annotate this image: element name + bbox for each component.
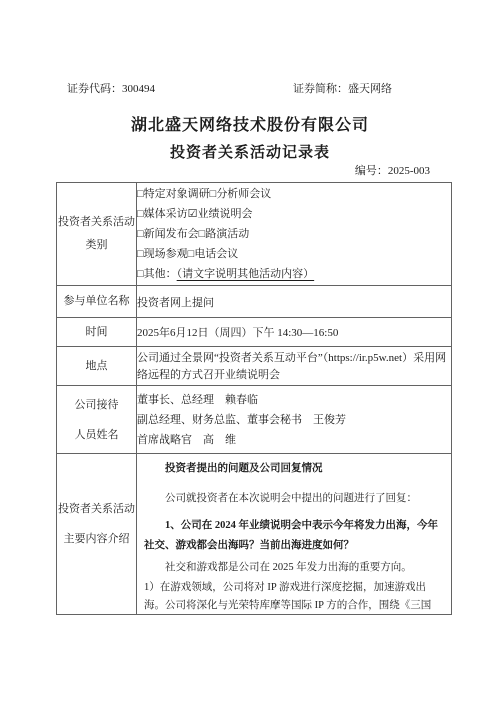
record-table: 投资者关系活动 类别 □特定对象调研□分析师会议 □媒体采访☑业绩说明会 □新闻… [56,182,452,615]
activity-option-row: □新闻发布会□路演活动 [137,224,451,244]
activity-option-label: 现场参观 [144,248,188,260]
reception-person: 副总经理、财务总监、董事会秘书 王俊芳 [137,410,451,430]
table-row-main-content: 投资者关系活动 主要内容介绍 投资者提出的问题及公司回复情况 公司就投资者在本次… [57,454,452,615]
checkbox-checked-icon: ☑ [188,208,198,220]
stock-abbr-text: 证券简称：盛天网络 [293,80,392,96]
content-cell: 投资者提出的问题及公司回复情况 公司就投资者在本次说明会中提出的问题进行了回复：… [137,454,452,615]
qa-answer-1-detail: 1）在游戏领域，公司将对 IP 游戏进行深度挖掘，加速游戏出海。公司将深化与光荣… [144,579,444,612]
reception-person: 董事长、总经理 赖春临 [137,390,451,410]
checkbox-icon: □ [137,228,144,240]
table-row-participants: 参与单位名称 投资者网上提问 [57,286,452,318]
category-label-line2: 类别 [57,234,136,257]
checkbox-icon: □ [137,248,144,260]
activity-option-label: 电话会议 [194,248,238,260]
company-name-title: 湖北盛天网络技术股份有限公司 [0,112,500,135]
activity-option-row: □特定对象调研□分析师会议 [137,184,451,204]
reception-people-cell: 董事长、总经理 赖春临 副总经理、财务总监、董事会秘书 王俊芳 首席战略官 高 … [137,386,452,454]
table-row-location: 地点 公司通过全景网“投资者关系互动平台”（https://ir.p5w.net… [57,347,452,386]
document-header: 证券代码：300494 证券简称：盛天网络 [67,80,392,96]
category-label-cell: 投资者关系活动 类别 [57,183,137,286]
activity-option-other-row: □其他：（请文字说明其他活动内容） [137,264,451,284]
reception-label-cell: 公司接待 人员姓名 [57,386,137,454]
checkbox-icon: □ [137,188,144,200]
checkbox-icon: □ [137,268,144,280]
time-label: 时间 [57,318,137,347]
stock-code-text: 证券代码：300494 [67,80,155,96]
activity-option-row: □媒体采访☑业绩说明会 [137,204,451,224]
qa-intro: 公司就投资者在本次说明会中提出的问题进行了回复： [144,489,444,509]
participants-value: 投资者网上提问 [137,286,452,318]
activity-option-label: 其他： [144,268,177,280]
activity-option-label: 路演活动 [205,228,249,240]
location-text: 公司通过全景网“投资者关系互动平台”（https://ir.p5w.net）采用… [137,349,451,384]
reception-label-line1: 公司接待 [57,390,136,420]
activity-option-label: 业绩说明会 [198,208,253,220]
form-title: 投资者关系活动记录表 [0,141,500,162]
location-label: 地点 [57,347,137,386]
table-row-reception: 公司接待 人员姓名 董事长、总经理 赖春临 副总经理、财务总监、董事会秘书 王俊… [57,386,452,454]
qa-question-1: 1、公司在 2024 年业绩说明会中表示今年将发力出海，今年社交、游戏都会出海吗… [144,516,444,556]
reception-person: 首席战略官 高 维 [137,430,451,450]
activity-option-label: 分析师会议 [216,188,271,200]
time-value: 2025年6月12日（周四）下午 14:30—16:50 [137,318,452,347]
serial-number: 编号：2025-003 [355,162,430,178]
content-label-cell: 投资者关系活动 主要内容介绍 [57,454,137,615]
activity-option-label: 新闻发布会 [144,228,199,240]
content-label-line1: 投资者关系活动 [57,494,136,524]
table-row-time: 时间 2025年6月12日（周四）下午 14:30—16:50 [57,318,452,347]
table-row-category: 投资者关系活动 类别 □特定对象调研□分析师会议 □媒体采访☑业绩说明会 □新闻… [57,183,452,286]
category-options-cell: □特定对象调研□分析师会议 □媒体采访☑业绩说明会 □新闻发布会□路演活动 □现… [137,183,452,286]
activity-option-label: 特定对象调研 [144,188,210,200]
qa-content: 投资者提出的问题及公司回复情况 公司就投资者在本次说明会中提出的问题进行了回复：… [137,454,451,612]
category-label-line1: 投资者关系活动 [57,211,136,234]
activity-option-label: 媒体采访 [144,208,188,220]
document-page: 证券代码：300494 证券简称：盛天网络 湖北盛天网络技术股份有限公司 投资者… [0,0,500,707]
qa-heading: 投资者提出的问题及公司回复情况 [144,460,444,478]
qa-answer-1-lead: 社交和游戏都是公司在 2025 年发力出海的重要方向。 [144,558,444,578]
location-value: 公司通过全景网“投资者关系互动平台”（https://ir.p5w.net）采用… [137,347,452,386]
reception-label-line2: 人员姓名 [57,420,136,450]
other-note-underlined: （请文字说明其他活动内容） [177,268,315,280]
activity-option-row: □现场参观□电话会议 [137,244,451,264]
content-label-line2: 主要内容介绍 [57,524,136,554]
checkbox-icon: □ [137,208,144,220]
participants-label: 参与单位名称 [57,286,137,318]
